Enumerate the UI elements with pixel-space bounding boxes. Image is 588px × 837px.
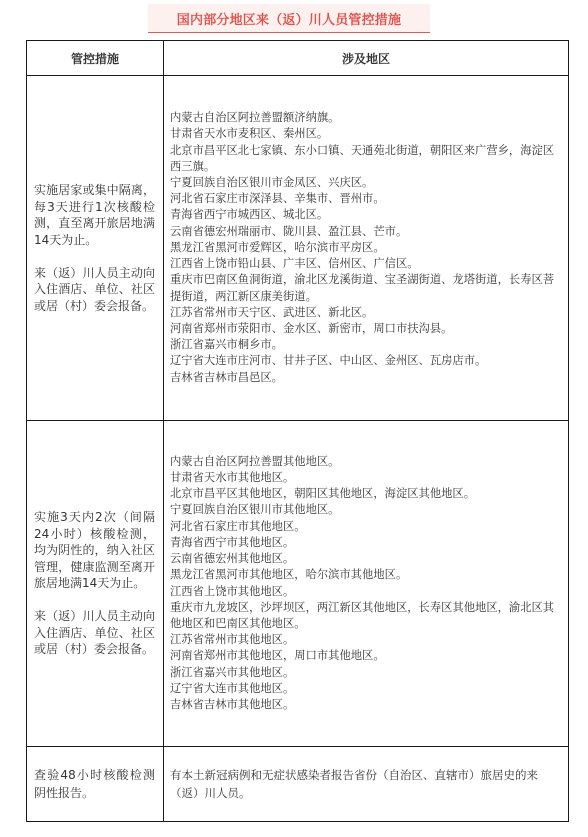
area-line: 江苏省常州市其他地区。 [170, 632, 562, 648]
area-line: 内蒙古自治区阿拉善盟其他地区。 [170, 454, 562, 470]
area-line: 宁夏回族自治区银川市其他地区。 [170, 502, 562, 518]
page-title: 国内部分地区来（返）川人员管控措施 [177, 9, 401, 28]
table-header-row: 管控措施 涉及地区 [27, 41, 569, 76]
area-line: 重庆市巴南区鱼洞街道，渝北区龙溪街道、宝圣湖街道、龙塔街道，长寿区菩提街道，两江… [170, 272, 562, 304]
area-line: 宁夏回族自治区银川市金凤区、兴庆区。 [170, 175, 562, 191]
area-line: 甘肃省天水市麦积区、秦州区。 [170, 126, 562, 142]
header-areas: 涉及地区 [164, 41, 569, 76]
area-line: 江西省上饶市铅山县、广丰区、信州区、广信区。 [170, 256, 562, 272]
area-line: 甘肃省天水市其他地区。 [170, 470, 562, 486]
area-line: 河南省郑州市荥阳市、金水区、新密市，周口市扶沟县。 [170, 321, 562, 337]
area-line: 青海省西宁市城西区、城北区。 [170, 207, 562, 223]
table-row: 实施居家或集中隔离，每3天进行1次核酸检测，直至离开旅居地满14天为止。 来（返… [27, 76, 569, 421]
areas-cell: 有本土新冠病例和无症状感染者报告省份（自治区、直辖市）旅居史的来（返）川人员。 [164, 747, 569, 822]
measure-text: 来（返）川人员主动向入住酒店、单位、社区或居（村）委会报备。 [34, 608, 155, 658]
area-line: 北京市昌平区其他地区，朝阳区其他地区，海淀区其他地区。 [170, 486, 562, 502]
area-line: 重庆市九龙坡区，沙坪坝区，两江新区其他地区，长寿区其他地区，渝北区其他地区和巴南… [170, 600, 562, 632]
area-line: 黑龙江省黑河市其他地区，哈尔滨市其他地区。 [170, 567, 562, 583]
area-line: 河北省石家庄市深泽县、辛集市、晋州市。 [170, 191, 562, 207]
area-line: 江西省上饶市其他地区。 [170, 584, 562, 600]
area-line: 江苏省常州市天宁区、武进区、新北区。 [170, 305, 562, 321]
measure-text: 实施3天内2次（间隔24小时）核酸检测，均为阴性的，纳入社区管理，健康监测至离开… [34, 509, 155, 592]
area-line: 辽宁省大连市庄河市、甘井子区、中山区、金州区、瓦房店市。 [170, 353, 562, 369]
area-line: 浙江省嘉兴市其他地区。 [170, 665, 562, 681]
table-row: 实施3天内2次（间隔24小时）核酸检测，均为阴性的，纳入社区管理，健康监测至离开… [27, 421, 569, 747]
areas-cell: 内蒙古自治区阿拉善盟额济纳旗。 甘肃省天水市麦积区、秦州区。 北京市昌平区北七家… [164, 76, 569, 421]
area-line: 黑龙江省黑河市爱辉区，哈尔滨市平房区。 [170, 240, 562, 256]
area-line: 河南省郑州市其他地区，周口市其他地区。 [170, 648, 562, 664]
area-line: 云南省德宏州其他地区。 [170, 551, 562, 567]
measures-cell: 实施居家或集中隔离，每3天进行1次核酸检测，直至离开旅居地满14天为止。 来（返… [27, 76, 164, 421]
area-line: 北京市昌平区北七家镇、东小口镇、天通苑北街道，朝阳区来广营乡，海淀区西三旗。 [170, 143, 562, 175]
title-banner: 国内部分地区来（返）川人员管控措施 [148, 4, 430, 33]
measure-text: 查验48小时核酸检测阴性报告。 [34, 766, 155, 802]
area-line: 有本土新冠病例和无症状感染者报告省份（自治区、直辖市）旅居史的来（返）川人员。 [170, 766, 562, 802]
header-measures: 管控措施 [27, 41, 164, 76]
area-line: 内蒙古自治区阿拉善盟额济纳旗。 [170, 110, 562, 126]
measure-text: 实施居家或集中隔离，每3天进行1次核酸检测，直至离开旅居地满14天为止。 [34, 182, 155, 248]
area-line: 云南省德宏州瑞丽市、陇川县、盈江县、芒市。 [170, 224, 562, 240]
area-line: 吉林省吉林市其他地区。 [170, 697, 562, 713]
area-line: 辽宁省大连市其他地区。 [170, 681, 562, 697]
area-line: 吉林省吉林市昌邑区。 [170, 370, 562, 386]
measure-text: 来（返）川人员主动向入住酒店、单位、社区或居（村）委会报备。 [34, 265, 155, 315]
measures-cell: 实施3天内2次（间隔24小时）核酸检测，均为阴性的，纳入社区管理，健康监测至离开… [27, 421, 164, 747]
area-line: 青海省西宁市其他地区。 [170, 535, 562, 551]
area-line: 浙江省嘉兴市桐乡市。 [170, 337, 562, 353]
area-line: 河北省石家庄市其他地区。 [170, 519, 562, 535]
areas-cell: 内蒙古自治区阿拉善盟其他地区。 甘肃省天水市其他地区。 北京市昌平区其他地区，朝… [164, 421, 569, 747]
measures-cell: 查验48小时核酸检测阴性报告。 [27, 747, 164, 822]
table-row: 查验48小时核酸检测阴性报告。 有本土新冠病例和无症状感染者报告省份（自治区、直… [27, 747, 569, 822]
control-measures-table: 管控措施 涉及地区 实施居家或集中隔离，每3天进行1次核酸检测，直至离开旅居地满… [26, 40, 569, 822]
